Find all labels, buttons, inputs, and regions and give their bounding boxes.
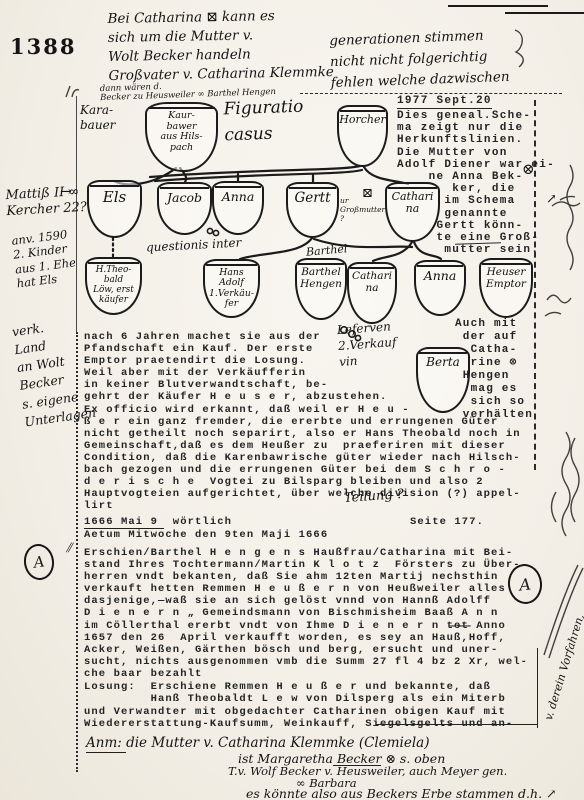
corner-dash-1 <box>448 5 548 7</box>
shield-els-label: Els <box>91 189 138 234</box>
shield-gertt: Gertt <box>286 182 339 238</box>
note-anm: Anm: die Mutter v. Catharina Klemmke (Cl… <box>86 735 430 752</box>
shield-barthel-hengen: Barthel Hengen <box>295 258 347 320</box>
note-right-margin-vertical: v. derein Vorfahren, <box>542 613 584 722</box>
shield-kaurbawer: Kaur- bawer aus Hils- pach <box>145 102 218 172</box>
shield-theobald-label: H.Theo- bald Löw, erst käufer <box>89 266 138 311</box>
side-note-body: Dies geneal.Sche- ma zeigt nur die Herku… <box>397 110 555 256</box>
shield-theobald: H.Theo- bald Löw, erst käufer <box>85 257 142 315</box>
shield-horcher: Horcher <box>337 105 388 167</box>
shield-horcher-label: Horcher <box>341 114 384 163</box>
arrow-right-icon: → <box>60 184 72 202</box>
note-catharina-mother: Bei Catharina ⊠ kann es sich um die Mutt… <box>107 6 334 85</box>
diagram-caption: Figuratio casus <box>223 95 305 149</box>
shield-hans-adolf: Hans Adolf 1.Verkäu- fer <box>203 259 260 318</box>
note-barthel: Barthel <box>305 242 347 259</box>
shield-anna-ii-label: Anna <box>216 190 260 231</box>
shield-hans-adolf-label: Hans Adolf 1.Verkäu- fer <box>207 268 256 314</box>
scanned-genealogy-page: 1388 Bei Catharina ⊠ kann es sich um die… <box>0 0 584 800</box>
note-anno-1590: anv. 1590 2. Kinder aus 1. Ehe hat Els <box>11 226 79 291</box>
note-mattis-kercher: Mattiß II ∞ Kercher 22? <box>5 184 87 221</box>
shield-gertt-label: Gertt <box>290 191 335 234</box>
shield-kaurbawer-label: Kaur- bawer aus Hils- pach <box>149 111 214 168</box>
shield-catharina-iii: Cathari na <box>347 262 397 324</box>
shield-heuser-emptor: Heuser Emptor <box>479 258 533 318</box>
shield-jacob-label: Jacob <box>161 191 208 231</box>
main-paragraph-2: Erschien/Barthel H e n g e n s Haußfrau/… <box>84 547 528 680</box>
double-slash-mark: ⫽ <box>66 541 72 557</box>
shield-anna-iii: Anna <box>414 260 466 316</box>
shield-catharina-iii-label: Cathari na <box>351 271 393 320</box>
side-note-date: 1977 Sept.20 <box>397 95 492 109</box>
note-questionis-inter: questionis inter <box>146 236 242 256</box>
note-wolf-becker: T.v. Wolf Becker v. Heusweiler, auch Mey… <box>228 764 507 778</box>
page-reference: Seite 177. <box>410 516 484 528</box>
shield-barthel-hengen-label: Barthel Hengen <box>299 267 343 316</box>
shield-anna-iii-label: Anna <box>418 269 462 312</box>
circled-letter-left: A <box>22 542 57 582</box>
shield-anna-ii: Anna <box>212 181 264 235</box>
shield-els: Els <box>87 180 142 238</box>
note-kara-bauer: Kara- bauer <box>80 103 115 133</box>
anm-underline <box>86 752 126 753</box>
date-heading-1666: 1666 Mai 9 wörtlich <box>84 516 232 528</box>
shield-jacob: Jacob <box>157 182 212 235</box>
note-generationen: generationen stimmen nicht nicht folgeri… <box>329 25 510 94</box>
main-paragraph-1: nach 6 Jahren machet sie aus der Pfandsc… <box>84 331 521 512</box>
top-dashed-rule <box>300 93 562 94</box>
main-paragraph-3: Losung: Erschiene Remmen H e u ß e r und… <box>84 681 513 731</box>
corner-dash-2 <box>505 12 584 14</box>
right-rule-bottom <box>537 648 538 728</box>
shield-heuser-emptor-label: Heuser Emptor <box>483 267 529 314</box>
boxed-x-icon: ⊠ <box>362 186 373 202</box>
note-beckers-erbe: es könnte also aus Beckers Erbe stammen … <box>246 786 557 800</box>
page-number: 1388 <box>10 34 76 60</box>
date-subheading: Aetum Mitwoche den 9ten Maji 1666 <box>84 529 328 541</box>
